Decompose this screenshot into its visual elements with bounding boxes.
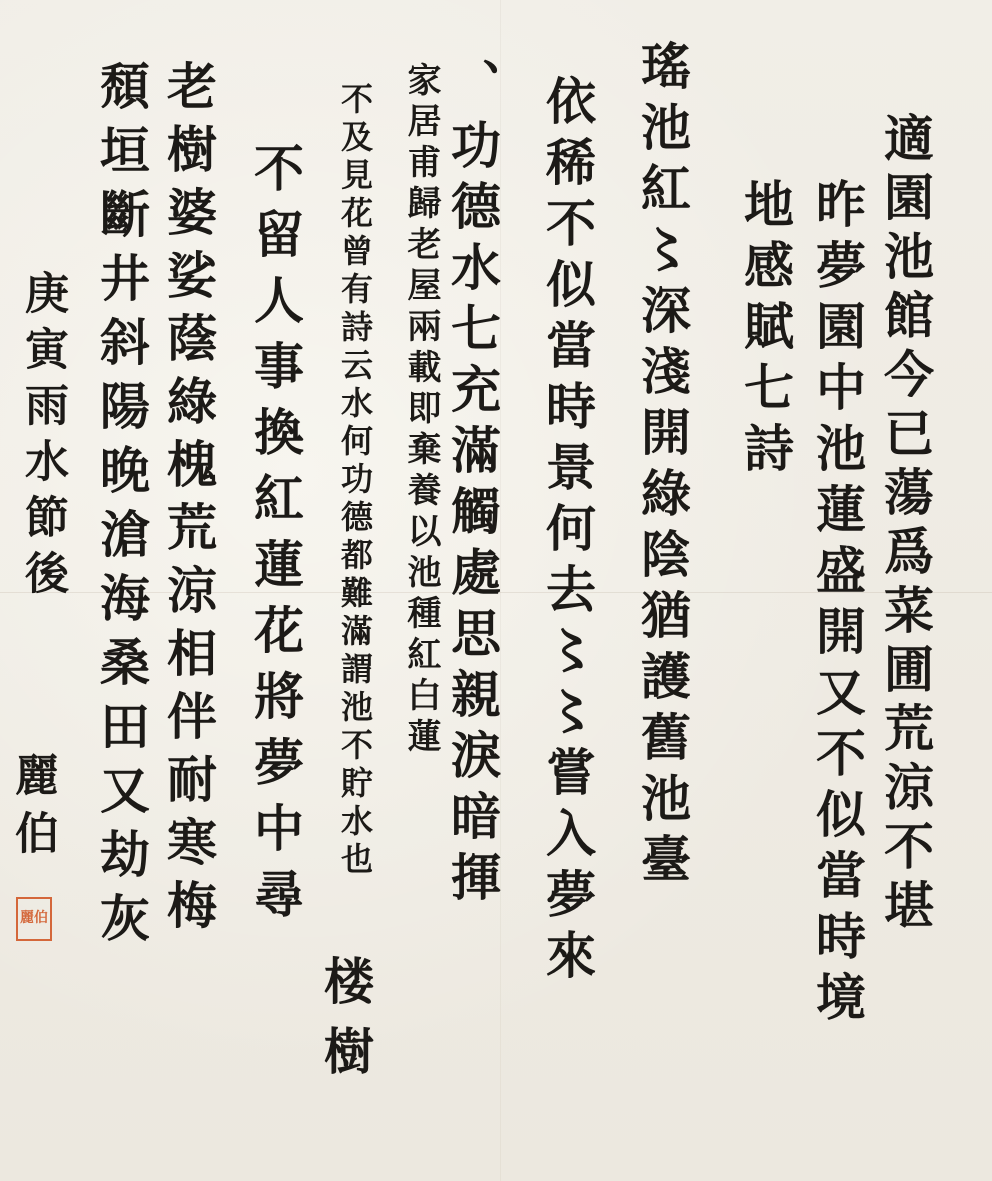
column-7: 不留人事換紅蓮花將夢中尋 [250,142,300,934]
column-5: 依稀不似當時景何去〻〻嘗入夢來 [542,75,592,990]
red-seal-stamp: 麗伯 [16,897,52,941]
column-8: 楼樹 [320,955,370,1095]
column-2: 昨夢園中池蓮盛開又不似當時境 [812,178,862,1032]
column-9: 老樹婆娑蔭綠槐荒涼相伴耐寒梅 [163,60,213,942]
artist-signature: 麗伯 [10,752,54,868]
seal-text: 麗伯 [20,911,48,926]
column-3: 地感賦七詩 [740,178,790,483]
annotation-column-1: 家居甫歸老屋兩載即棄養以池種紅白蓮 [404,62,438,759]
date-inscription: 庚寅雨水節後 [20,270,64,606]
annotation-column-2: 不及見花曾有詩云水何功德都難滿謂池不貯水也 [339,82,371,880]
column-4: 瑤池紅〻深淺開綠陰猶護舊池臺 [637,40,687,894]
calligraphy-sheet: 適園池館今已蕩爲菜圃荒涼不堪 昨夢園中池蓮盛開又不似當時境 地感賦七詩 瑤池紅〻… [0,0,992,1181]
column-10: 頹垣斷井斜陽晚滄海桑田又劫灰 [96,60,146,956]
column-1: 適園池館今已蕩爲菜圃荒涼不堪 [880,112,930,938]
column-6: 、功德水七充滿觸處思親淚暗揮 [447,58,497,912]
